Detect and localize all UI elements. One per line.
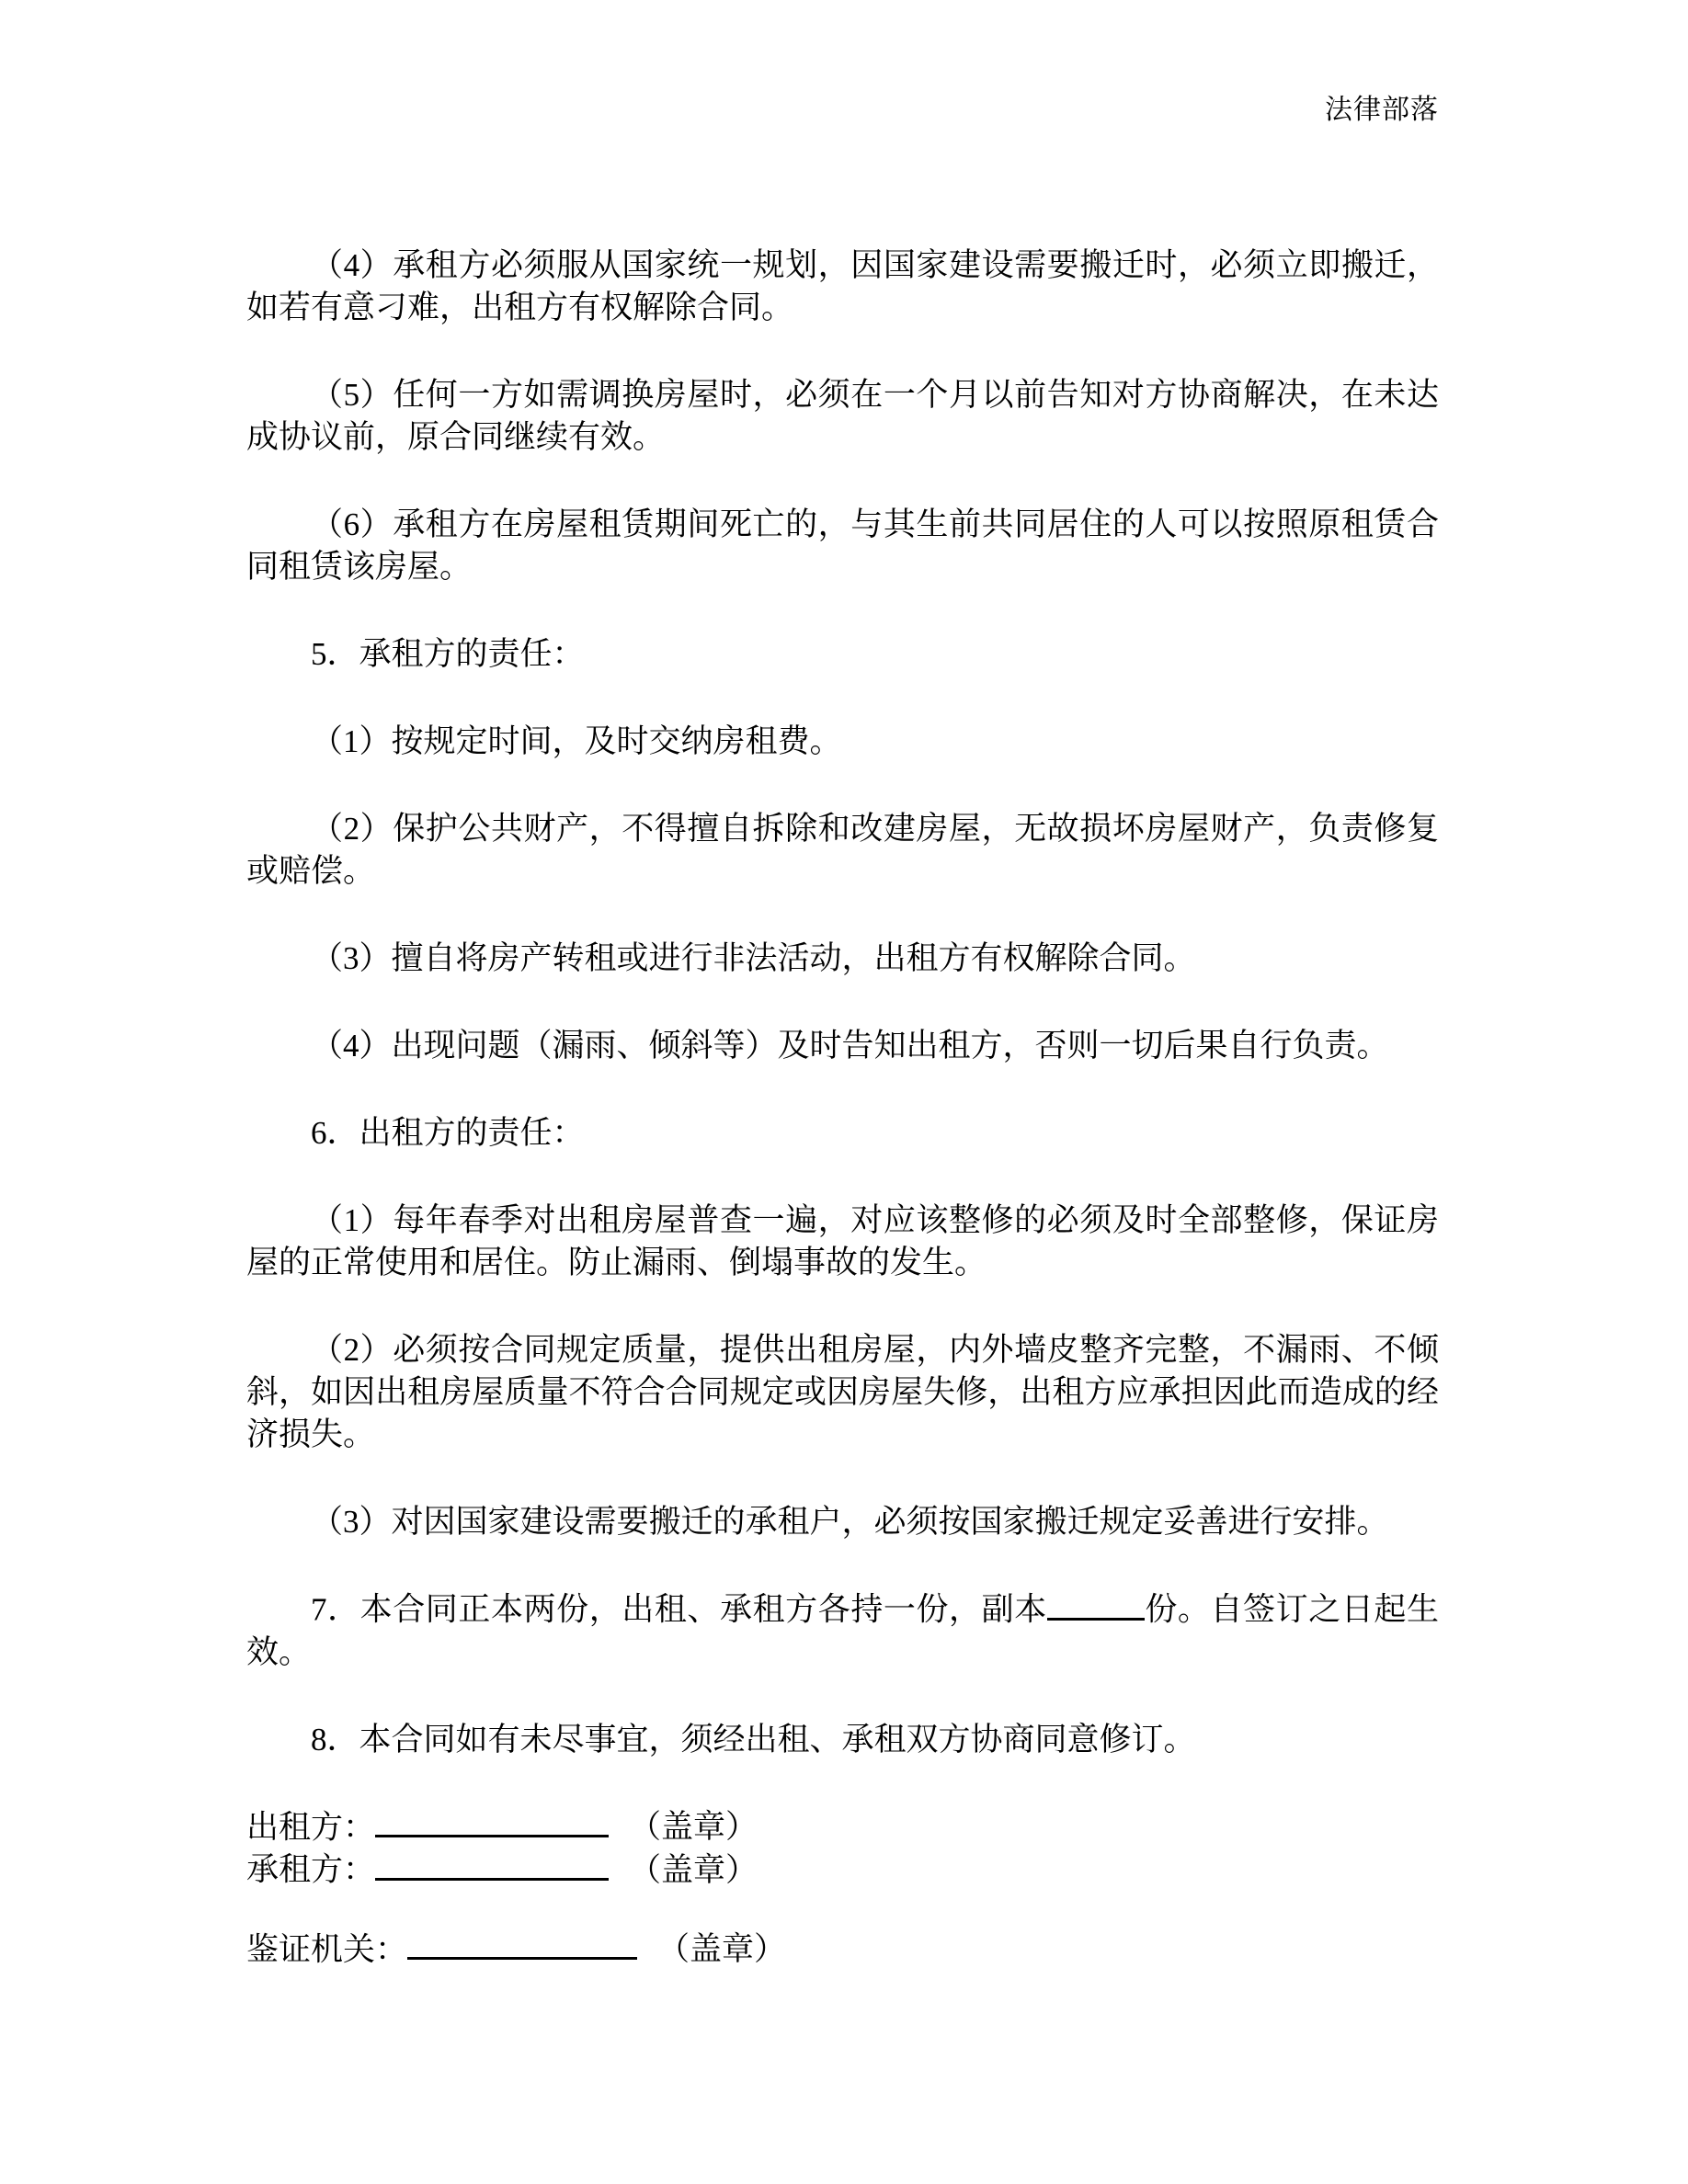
clause8: 8．本合同如有未尽事宜，须经出租、承租双方协商同意修订。: [246, 1719, 1439, 1761]
clause5-item2: （2）保护公共财产，不得擅自拆除和改建房屋，无故损坏房屋财产，负责修复或赔偿。: [246, 808, 1439, 893]
clause5-item3: （3）擅自将房产转租或进行非法活动，出租方有权解除合同。: [246, 938, 1439, 980]
lessor-seal-note: （盖章）: [629, 1809, 758, 1845]
clause4-item4: （4）承租方必须服从国家统一规划，因国家建设需要搬迁时，必须立即搬迁，如若有意刁…: [246, 245, 1439, 329]
page-header-brand: 法律部落: [246, 92, 1439, 129]
lessee-label: 承租方：: [246, 1852, 375, 1888]
signature-block: 出租方：（盖章） 承租方：（盖章） 鉴证机关：（盖章）: [246, 1806, 1439, 1972]
contract-body: （4）承租方必须服从国家统一规划，因国家建设需要搬迁时，必须立即搬迁，如若有意刁…: [246, 245, 1439, 1971]
clause5-item1: （1）按规定时间，及时交纳房租费。: [246, 721, 1439, 763]
clause6-item2: （2）必须按合同规定质量，提供出租房屋，内外墙皮整齐完整，不漏雨、不倾斜，如因出…: [246, 1329, 1439, 1456]
clause6-heading: 6．出租方的责任：: [246, 1112, 1439, 1155]
authority-label: 鉴证机关：: [246, 1931, 407, 1967]
document-page: 法律部落 （4）承租方必须服从国家统一规划，因国家建设需要搬迁时，必须立即搬迁，…: [0, 0, 1688, 2184]
lessee-signature-line: [375, 1848, 609, 1881]
lessee-seal-note: （盖章）: [629, 1852, 758, 1888]
copies-blank-field: [1047, 1588, 1145, 1621]
clause7: 7．本合同正本两份，出租、承租方各持一份，副本份。自签订之日起生效。: [246, 1588, 1439, 1674]
lessor-signature-line: [375, 1806, 609, 1838]
clause5-item4: （4）出现问题（漏雨、倾斜等）及时告知出租方，否则一切后果自行负责。: [246, 1025, 1439, 1067]
authority-seal-note: （盖章）: [657, 1931, 786, 1967]
clause4-item6: （6）承租方在房屋租赁期间死亡的，与其生前共同居住的人可以按照原租赁合同租赁该房…: [246, 504, 1439, 588]
authority-signature-row: 鉴证机关：（盖章）: [246, 1928, 1439, 1972]
clause6-item1: （1）每年春季对出租房屋普查一遍，对应该整修的必须及时全部整修，保证房屋的正常使…: [246, 1200, 1439, 1284]
authority-signature-line: [407, 1928, 637, 1961]
lessee-signature-row: 承租方：（盖章）: [246, 1848, 1439, 1892]
lessor-signature-row: 出租方：（盖章）: [246, 1806, 1439, 1849]
clause7-text-before: 7．本合同正本两份，出租、承租方各持一份，副本: [311, 1592, 1047, 1628]
clause6-item3: （3）对因国家建设需要搬迁的承租户，必须按国家搬迁规定妥善进行安排。: [246, 1501, 1439, 1543]
clause5-heading: 5．承租方的责任：: [246, 633, 1439, 676]
lessor-label: 出租方：: [246, 1809, 375, 1845]
clause4-item5: （5）任何一方如需调换房屋时，必须在一个月以前告知对方协商解决，在未达成协议前，…: [246, 374, 1439, 459]
